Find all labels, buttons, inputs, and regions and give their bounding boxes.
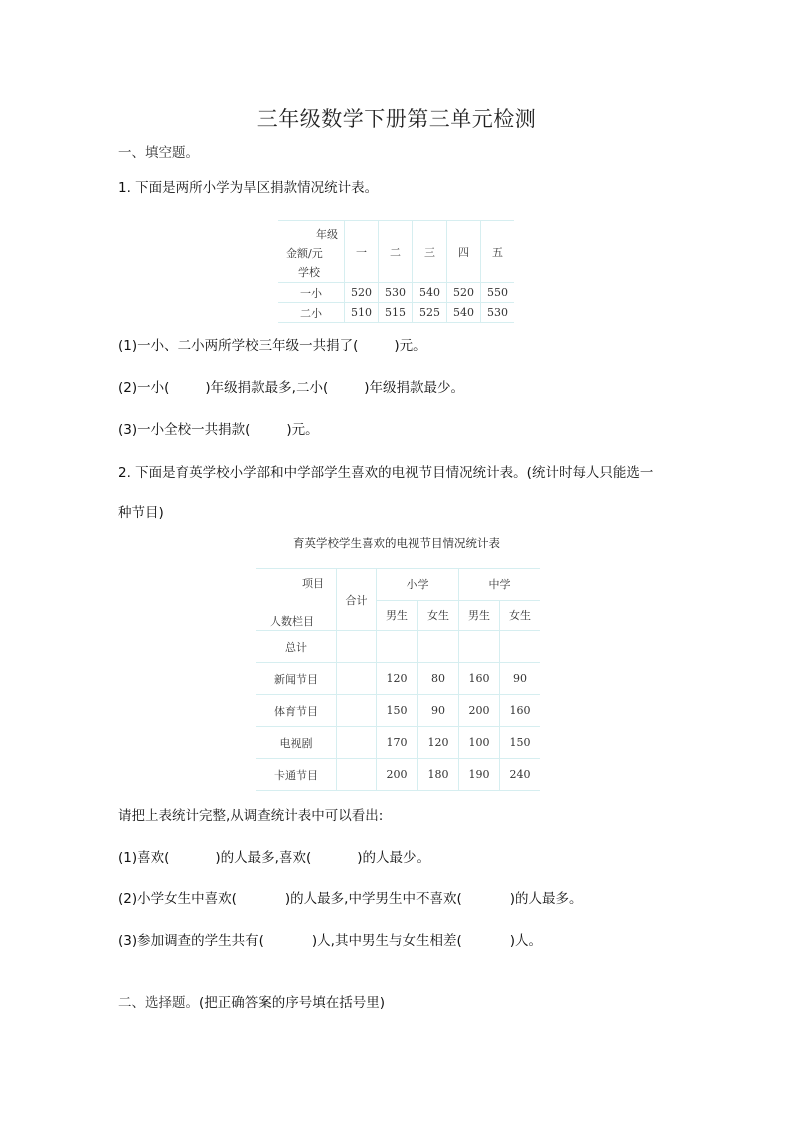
total-cell[interactable] [337, 663, 377, 695]
corner-label-school: 学校 [298, 264, 320, 280]
subcolumn-header: 女生 [418, 600, 459, 631]
table-cell: 550 [481, 283, 515, 303]
corner-label-count: 人数栏目 [270, 613, 314, 629]
table-cell: 90 [500, 663, 541, 695]
table-cell: 540 [447, 303, 481, 323]
table-cell: 160 [459, 663, 500, 695]
table-cell[interactable] [418, 631, 459, 663]
table-cell: 120 [418, 727, 459, 759]
question-1-2: (2)一小()年级捐款最多,二小()年级捐款最少。 [118, 376, 464, 396]
table-cell[interactable] [377, 631, 418, 663]
subcolumn-header: 男生 [459, 600, 500, 631]
subcolumn-header: 男生 [377, 600, 418, 631]
table-cell: 520 [345, 283, 379, 303]
row-label: 一小 [278, 283, 345, 303]
row-label: 二小 [278, 303, 345, 323]
tv-program-table: 项目 人数栏目 合计 小学 中学 男生 女生 男生 女生 总计 新闻节目 120… [256, 568, 540, 791]
question-text: (1)喜欢( [118, 850, 169, 866]
table-cell: 530 [379, 283, 413, 303]
row-label: 电视剧 [256, 727, 337, 759]
question-2-instruction: 请把上表统计完整,从调查统计表中可以看出: [118, 804, 383, 824]
table-cell: 100 [459, 727, 500, 759]
question-2-prompt-line2: 种节目) [118, 501, 164, 521]
subcolumn-header: 女生 [500, 600, 541, 631]
table-row: 卡通节目 200 180 190 240 [256, 759, 540, 791]
table-row: 电视剧 170 120 100 150 [256, 727, 540, 759]
table-cell: 530 [481, 303, 515, 323]
question-text: (2)小学女生中喜欢( [118, 891, 237, 907]
group-header-primary: 小学 [377, 569, 459, 601]
question-2-2: (2)小学女生中喜欢()的人最多,中学男生中不喜欢()的人最多。 [118, 887, 583, 907]
donation-table: 年级 金额/元 学校 一 二 三 四 五 一小 520 530 540 520 … [278, 220, 514, 323]
table-cell[interactable] [500, 631, 541, 663]
column-header: 四 [447, 221, 481, 283]
table-corner-header: 项目 人数栏目 [256, 569, 337, 631]
table-row: 总计 [256, 631, 540, 663]
table-row: 新闻节目 120 80 160 90 [256, 663, 540, 695]
section-heading-fill-in: 一、填空题。 [118, 141, 199, 161]
total-cell[interactable] [337, 695, 377, 727]
question-text: )元。 [286, 422, 318, 438]
total-cell[interactable] [337, 727, 377, 759]
question-1-1: (1)一小、二小两所学校三年级一共捐了()元。 [118, 334, 427, 354]
table-row: 一小 520 530 540 520 550 [278, 283, 514, 303]
row-label: 总计 [256, 631, 337, 663]
total-cell[interactable] [337, 631, 377, 663]
question-1-3: (3)一小全校一共捐款()元。 [118, 418, 319, 438]
table-cell: 200 [377, 759, 418, 791]
table-cell: 180 [418, 759, 459, 791]
question-1-prompt: 1. 下面是两所小学为旱区捐款情况统计表。 [118, 176, 378, 196]
table-cell: 90 [418, 695, 459, 727]
column-header: 一 [345, 221, 379, 283]
row-label: 体育节目 [256, 695, 337, 727]
question-text: )人。 [510, 933, 542, 949]
table-cell[interactable] [459, 631, 500, 663]
table-cell: 240 [500, 759, 541, 791]
question-text: )的人最多,喜欢( [215, 850, 311, 866]
question-text: (1)一小、二小两所学校三年级一共捐了( [118, 338, 358, 354]
table-cell: 520 [447, 283, 481, 303]
question-text: )年级捐款最多,二小( [205, 380, 328, 396]
column-header: 三 [413, 221, 447, 283]
table-caption: 育英学校学生喜欢的电视节目情况统计表 [0, 535, 793, 551]
question-2-1: (1)喜欢()的人最多,喜欢()的人最少。 [118, 846, 430, 866]
table-cell: 120 [377, 663, 418, 695]
table-row: 二小 510 515 525 540 530 [278, 303, 514, 323]
table-cell: 190 [459, 759, 500, 791]
row-label: 卡通节目 [256, 759, 337, 791]
table-cell: 515 [379, 303, 413, 323]
row-label: 新闻节目 [256, 663, 337, 695]
table-cell: 80 [418, 663, 459, 695]
question-text: )的人最多。 [510, 891, 583, 907]
question-text: )的人最多,中学男生中不喜欢( [285, 891, 462, 907]
total-cell[interactable] [337, 759, 377, 791]
corner-label-grade: 年级 [316, 226, 338, 242]
table-cell: 510 [345, 303, 379, 323]
table-cell: 200 [459, 695, 500, 727]
question-text: )年级捐款最少。 [364, 380, 464, 396]
group-header-middle: 中学 [459, 569, 541, 601]
table-cell: 150 [500, 727, 541, 759]
total-column-header: 合计 [337, 569, 377, 631]
question-text: (3)一小全校一共捐款( [118, 422, 250, 438]
table-cell: 160 [500, 695, 541, 727]
section-heading-text: 二、选择题。 [118, 995, 199, 1011]
question-text: (3)参加调查的学生共有( [118, 933, 264, 949]
column-header: 二 [379, 221, 413, 283]
question-text: )的人最少。 [357, 850, 430, 866]
page-title: 三年级数学下册第三单元检测 [0, 103, 793, 133]
question-2-prompt-line1: 2. 下面是育英学校小学部和中学部学生喜欢的电视节目情况统计表。(统计时每人只能… [118, 461, 653, 481]
question-text: )人,其中男生与女生相差( [312, 933, 462, 949]
question-text: )元。 [394, 338, 426, 354]
question-text: (2)一小( [118, 380, 169, 396]
question-2-3: (3)参加调查的学生共有()人,其中男生与女生相差()人。 [118, 929, 542, 949]
corner-label-amount: 金额/元 [286, 245, 323, 261]
table-cell: 525 [413, 303, 447, 323]
section-note: (把正确答案的序号填在括号里) [199, 995, 385, 1011]
section-heading-multiple-choice: 二、选择题。(把正确答案的序号填在括号里) [118, 991, 385, 1011]
table-cell: 540 [413, 283, 447, 303]
corner-label-item: 项目 [302, 575, 324, 591]
table-cell: 170 [377, 727, 418, 759]
table-row: 体育节目 150 90 200 160 [256, 695, 540, 727]
table-cell: 150 [377, 695, 418, 727]
table-corner-header: 年级 金额/元 学校 [278, 221, 345, 283]
column-header: 五 [481, 221, 515, 283]
